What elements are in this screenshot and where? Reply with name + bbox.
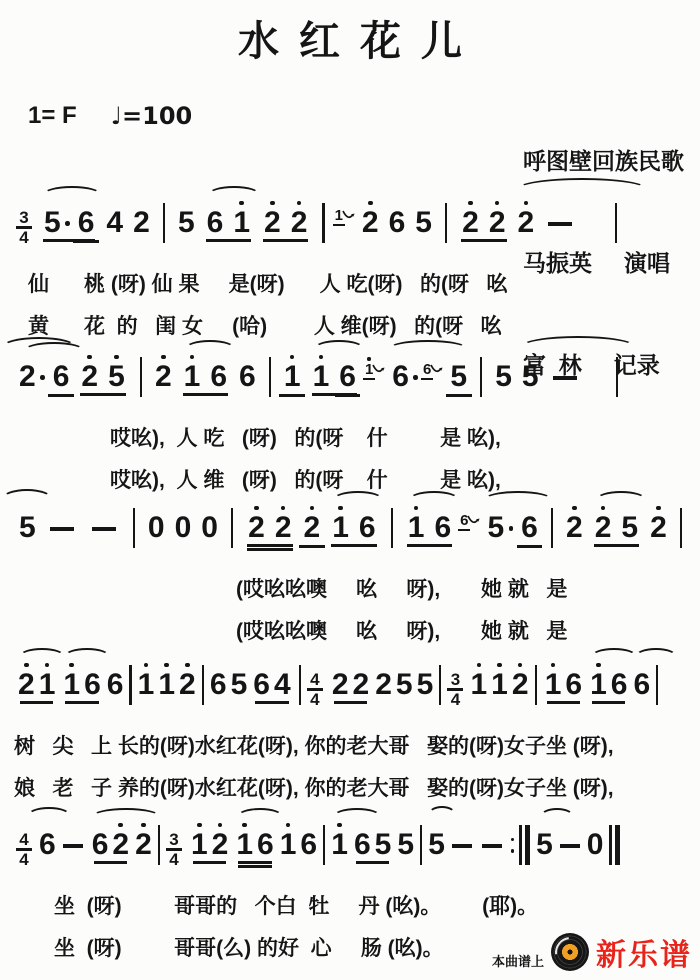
beam — [206, 239, 251, 242]
repeat-dots — [511, 825, 515, 865]
note-number: 0 — [148, 512, 165, 543]
underline — [446, 394, 472, 397]
grace-note: 1 — [335, 208, 355, 226]
note-number: 1 — [158, 669, 175, 700]
beamed-group: 65 — [352, 823, 393, 873]
beamed-group: 22 — [243, 506, 296, 556]
underlines — [299, 543, 325, 555]
beamed-group: 16 — [403, 506, 456, 556]
note-number: 0 — [201, 512, 218, 543]
slur-tie-arc — [540, 808, 574, 825]
note-number: 2 — [133, 207, 150, 238]
beam — [334, 701, 367, 704]
note: 1 — [331, 823, 348, 873]
beam — [80, 393, 125, 396]
duration-dash — [452, 844, 472, 848]
note: 5 — [428, 823, 445, 873]
note-number: 1 — [590, 669, 607, 700]
underline — [517, 545, 543, 548]
beam — [43, 239, 95, 242]
underlines — [197, 543, 223, 555]
underline — [299, 545, 325, 548]
beamed-group: 21 — [16, 663, 57, 713]
underlines — [384, 238, 410, 250]
note-number: 1 — [191, 829, 208, 860]
beamed-group: 22 — [259, 201, 312, 251]
note: 5 — [396, 663, 413, 713]
duration-dash — [553, 376, 577, 380]
octave-dot — [495, 201, 500, 206]
underlines — [507, 700, 533, 712]
note-number: 4 — [106, 207, 123, 238]
underlines — [411, 238, 437, 250]
beam — [263, 239, 308, 242]
underlines — [102, 238, 128, 250]
underlines — [517, 543, 543, 555]
underlines — [279, 392, 305, 404]
note-number: 1 — [408, 512, 425, 543]
time-denominator: 4 — [310, 692, 319, 707]
barline — [551, 508, 553, 548]
note: 1 — [184, 355, 201, 405]
beam — [331, 544, 376, 547]
note: 5 — [108, 355, 125, 405]
lyrics-line: 娘 老 子 养的(呀)水红花(呀), 你的老大哥 娶的(呀)女子坐 (呀), — [14, 776, 686, 802]
lyrics-line: 哎吆), 人 吃 (呀) 的(呀 什 是 吆), — [14, 426, 686, 452]
duration-dash — [63, 844, 83, 848]
octave-dot — [69, 663, 74, 668]
note-number: 5 — [621, 512, 638, 543]
octave-dot — [414, 506, 419, 511]
barline — [615, 203, 617, 243]
note-number: 6 — [53, 361, 70, 392]
time-denominator: 4 — [169, 852, 178, 867]
rest-note: 0 — [201, 506, 218, 556]
beamed-group: 16 — [179, 355, 232, 405]
note-number: 5 — [178, 207, 195, 238]
note: 5 — [375, 823, 392, 873]
barline — [163, 203, 165, 243]
note: 6 — [210, 663, 227, 713]
note: 2 — [353, 663, 370, 713]
octave-dot — [477, 663, 482, 668]
underlines — [150, 392, 176, 404]
note: 1 — [284, 355, 301, 405]
note-number: 1 — [331, 829, 348, 860]
note-number: 2 — [18, 669, 35, 700]
note-number: 1 — [313, 361, 330, 392]
barline — [391, 508, 393, 548]
note-number: 6 — [207, 207, 224, 238]
watermark-prefix: 本曲谱上 — [492, 951, 544, 970]
notation-row: 345642561221265222 — [14, 198, 686, 250]
barline — [680, 508, 682, 548]
final-barline — [609, 825, 620, 865]
note: 6 — [84, 663, 101, 713]
note-number: 6 — [339, 361, 356, 392]
note: 6 — [78, 201, 95, 251]
beam — [461, 239, 506, 242]
underlines — [15, 392, 41, 404]
note-number: 2 — [304, 512, 321, 543]
music-system-1: 345642561221265222仙 桃 (呀) 仙 果 是(呀) 人 吃(呀… — [0, 198, 700, 340]
time-signature: 44 — [307, 672, 323, 707]
note: 5 — [495, 355, 512, 405]
note-number: 6 — [521, 512, 538, 543]
note-number: 6 — [359, 512, 376, 543]
underlines — [129, 238, 155, 250]
time-numerator: 3 — [19, 210, 28, 225]
note: 6 — [565, 663, 582, 713]
note: 6 — [521, 506, 538, 556]
octave-dot — [524, 201, 529, 206]
underlines — [446, 392, 472, 404]
lyrics-line: 树 尖 上 长的(呀)水红花(呀), 你的老大哥 娶的(呀)女子坐 (呀), — [14, 734, 686, 760]
note-number: 6 — [107, 669, 124, 700]
octave-dot — [551, 663, 556, 668]
note: 6 — [107, 663, 124, 713]
underline — [48, 394, 74, 397]
note: 2 — [135, 823, 152, 873]
underlines — [102, 700, 128, 712]
note: 6 — [389, 201, 406, 251]
note-number: 2 — [332, 669, 349, 700]
note: 1 — [158, 663, 175, 713]
note-number: 6 — [354, 829, 371, 860]
underlines — [170, 543, 196, 555]
lyrics-line: 哎吆), 人 维 (呀) 的(呀 什 是 吆), — [14, 468, 686, 494]
note: 6 — [253, 663, 270, 713]
octave-dot — [572, 506, 577, 511]
note: 2 — [489, 201, 506, 251]
beam — [407, 544, 452, 547]
underlines — [483, 543, 509, 555]
grace-note: 6 — [423, 362, 443, 380]
barline — [656, 665, 658, 705]
underlines — [143, 543, 169, 555]
duration-dash — [548, 222, 572, 226]
note: 1 — [313, 355, 330, 405]
octave-dot — [596, 663, 601, 668]
note-number: 1 — [233, 207, 250, 238]
octave-dot — [161, 355, 166, 360]
octave-dot — [144, 663, 149, 668]
beam — [247, 544, 292, 547]
beam — [547, 701, 580, 704]
note: 6 — [210, 355, 227, 405]
note: 2 — [304, 506, 321, 556]
notation-row: 26252166116166555 — [14, 352, 686, 404]
time-signature: 34 — [16, 210, 32, 245]
grace-hook-icon — [373, 362, 385, 380]
grace-hook-icon — [343, 208, 355, 226]
barline — [480, 357, 482, 397]
underlines — [296, 860, 322, 872]
notation-row: 21166112656444222553411216166 — [14, 660, 686, 712]
note: 2 — [566, 506, 583, 556]
beamed-group: 61 — [202, 201, 255, 251]
note-number: 1 — [63, 669, 80, 700]
note: 5 — [231, 663, 248, 713]
note: 1 — [590, 663, 607, 713]
barline — [140, 357, 142, 397]
octave-dot — [164, 663, 169, 668]
time-signature: 34 — [447, 672, 463, 707]
note: 1 — [138, 663, 155, 713]
note: 6 — [354, 823, 371, 873]
note-number: 2 — [275, 512, 292, 543]
underlines — [357, 238, 383, 250]
note: 5 — [178, 201, 195, 251]
underlines — [424, 860, 450, 872]
note: 2 — [512, 663, 529, 713]
beamed-group: 16 — [234, 823, 275, 873]
octave-dot — [368, 201, 373, 206]
underlines — [629, 700, 655, 712]
barline — [322, 203, 324, 243]
octave-dot — [239, 201, 244, 206]
octave-dot — [190, 355, 195, 360]
grace-note: 6 — [460, 513, 480, 531]
note: 1 — [233, 201, 250, 251]
octave-dot — [656, 506, 661, 511]
note: 2 — [155, 355, 172, 405]
note-number: 2 — [81, 361, 98, 392]
slur-tie-arc — [389, 340, 467, 357]
note: 1 — [332, 506, 349, 556]
barline — [323, 825, 325, 865]
underlines — [532, 860, 558, 872]
note-number: 2 — [489, 207, 506, 238]
note-number: 1 — [138, 669, 155, 700]
underlines — [173, 238, 199, 250]
lyrics-line: 仙 桃 (呀) 仙 果 是(呀) 人 吃(呀) 的(呀 吆 — [14, 272, 686, 298]
notation-row: 500022216166562252 — [14, 503, 686, 555]
note-number: 5 — [19, 512, 36, 543]
note: 4 — [274, 663, 291, 713]
barline — [158, 825, 160, 865]
note-number: 2 — [155, 361, 172, 392]
slur-tie-arc — [635, 648, 677, 665]
note: 5 — [536, 823, 553, 873]
note-number: 1 — [332, 512, 349, 543]
beamed-group: 12 — [189, 823, 230, 873]
note: 5 — [415, 201, 432, 251]
song-title: 水红花儿 — [0, 8, 700, 67]
note: 6 — [53, 355, 70, 405]
vinyl-record-icon — [551, 933, 589, 971]
beamed-group: 64 — [251, 663, 292, 713]
note-number: 6 — [300, 829, 317, 860]
note: 6 — [392, 355, 409, 405]
underlines — [235, 392, 261, 404]
note-number: 2 — [291, 207, 308, 238]
note-number: 5 — [428, 829, 445, 860]
underlines — [517, 392, 543, 404]
beam — [356, 861, 389, 864]
note-number: 0 — [587, 829, 604, 860]
duration-dot — [413, 375, 418, 380]
note: 2 — [650, 506, 667, 556]
octave-dot — [319, 355, 324, 360]
note-number: 2 — [512, 669, 529, 700]
note-number: 2 — [650, 512, 667, 543]
note: 2 — [462, 201, 479, 251]
octave-dot — [218, 823, 223, 828]
repeat-barline — [511, 825, 530, 865]
sheet-music-page: 水红花儿 1= F ♩=100 呼图壁回族民歌 马振英 演唱 富 林 记录 34… — [0, 0, 700, 980]
note-number: 6 — [39, 829, 56, 860]
note-number: 5 — [417, 669, 434, 700]
note-number: 5 — [108, 361, 125, 392]
note: 2 — [18, 663, 35, 713]
note: 6 — [92, 823, 109, 873]
time-signature: 44 — [16, 832, 32, 867]
note-number: 0 — [175, 512, 192, 543]
octave-dot — [497, 663, 502, 668]
barline — [439, 665, 441, 705]
note-number: 5 — [375, 829, 392, 860]
note-number: 2 — [462, 207, 479, 238]
beam — [94, 861, 127, 864]
octave-dot — [270, 201, 275, 206]
underlines — [562, 543, 588, 555]
note-number: 6 — [392, 361, 409, 392]
octave-dot — [87, 355, 92, 360]
note: 1 — [408, 506, 425, 556]
beam — [312, 393, 357, 396]
note-number: 5 — [415, 207, 432, 238]
note-number: 1 — [236, 829, 253, 860]
beam — [592, 701, 625, 704]
note: 2 — [375, 663, 392, 713]
note-number: 2 — [135, 829, 152, 860]
note-number: 5 — [397, 829, 414, 860]
beam — [594, 544, 639, 547]
note: 1 — [39, 663, 56, 713]
slur-tie-arc — [517, 178, 647, 200]
note: 6 — [39, 823, 56, 873]
note: 5 — [417, 663, 434, 713]
beamed-group: 22 — [330, 663, 371, 713]
note: 2 — [19, 355, 36, 405]
time-numerator: 4 — [310, 672, 319, 687]
note-number: 2 — [248, 512, 265, 543]
note-number: 6 — [92, 829, 109, 860]
note: 1 — [280, 823, 297, 873]
note: 2 — [595, 506, 612, 556]
notation-row: 446622341216161655550 — [14, 820, 686, 872]
music-system-4: 21166112656444222553411216166树 尖 上 长的(呀)… — [0, 660, 700, 802]
note-number: 2 — [375, 669, 392, 700]
beamed-group: 16 — [588, 663, 629, 713]
note-number: 6 — [389, 207, 406, 238]
grace-note: 1 — [365, 357, 385, 380]
note: 1 — [491, 663, 508, 713]
note: 6 — [611, 663, 628, 713]
note: 6 — [434, 506, 451, 556]
note-number: 5 — [231, 669, 248, 700]
beamed-group: 25 — [590, 506, 643, 556]
note-number: 2 — [112, 829, 129, 860]
note: 5 — [621, 506, 638, 556]
note-number: 6 — [257, 829, 274, 860]
note: 4 — [106, 201, 123, 251]
beamed-group: 16 — [543, 663, 584, 713]
note: 2 — [212, 823, 229, 873]
time-numerator: 3 — [169, 832, 178, 847]
beam — [20, 701, 53, 704]
octave-dot — [518, 663, 523, 668]
beam — [183, 393, 228, 396]
underline — [279, 394, 305, 397]
note: 6 — [339, 355, 356, 405]
underlines — [131, 860, 157, 872]
note: 6 — [300, 823, 317, 873]
octave-dot — [286, 823, 291, 828]
slur-tie-arc — [521, 336, 635, 357]
note-number: 5 — [536, 829, 553, 860]
note-number: 5 — [522, 361, 539, 392]
note-number: 6 — [611, 669, 628, 700]
note: 2 — [291, 201, 308, 251]
barline — [269, 357, 271, 397]
note-number: 1 — [184, 361, 201, 392]
underlines — [646, 543, 672, 555]
note-number: 6 — [84, 669, 101, 700]
note: 1 — [545, 663, 562, 713]
octave-dot — [24, 663, 29, 668]
beam — [238, 865, 271, 868]
beamed-group: 22 — [457, 201, 510, 251]
barline — [231, 508, 233, 548]
note-number: 6 — [78, 207, 95, 238]
note: 6 — [633, 663, 650, 713]
time-denominator: 4 — [451, 692, 460, 707]
duration-dash — [92, 527, 116, 531]
duration-dot — [40, 375, 45, 380]
note: 5 — [522, 355, 539, 405]
barline — [202, 665, 204, 705]
lyrics-line: 坐 (呀) 哥哥的 个白 牡 丹 (吆)。 (耶)。 — [14, 894, 686, 920]
barline — [299, 665, 301, 705]
octave-dot — [254, 506, 259, 511]
barline — [133, 508, 135, 548]
note: 2 — [112, 823, 129, 873]
slur-tie-arc — [484, 491, 552, 508]
note-number: 5 — [396, 669, 413, 700]
rest-note: 0 — [148, 506, 165, 556]
octave-dot — [242, 823, 247, 828]
octave-dot — [118, 823, 123, 828]
beamed-group: 62 — [90, 823, 131, 873]
note: 2 — [81, 355, 98, 405]
underlines — [388, 392, 414, 404]
beam — [247, 548, 292, 551]
beam — [255, 701, 288, 704]
note-number: 6 — [434, 512, 451, 543]
watermark-brand: 新乐谱 — [596, 930, 692, 974]
duration-dash — [482, 844, 502, 848]
note: 2 — [179, 663, 196, 713]
note-number: 6 — [633, 669, 650, 700]
note-number: 5 — [450, 361, 467, 392]
note: 2 — [133, 201, 150, 251]
duration-dot — [509, 526, 514, 531]
duration-dash — [50, 527, 74, 531]
note: 5 — [450, 355, 467, 405]
underlines — [513, 238, 539, 250]
